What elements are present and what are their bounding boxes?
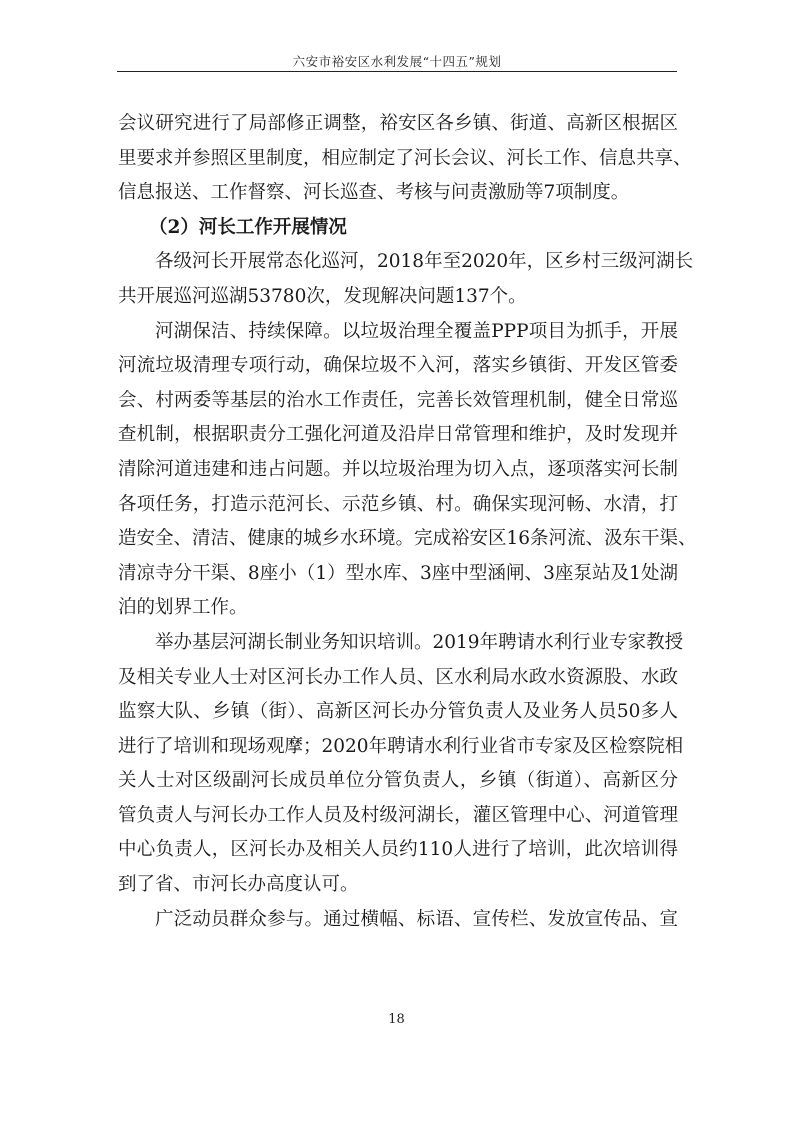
text-line: 及相关专业人士对区河长办工作人员、区水利局水政水资源股、水政 — [118, 661, 678, 696]
text-line: 河湖保洁、持续保障。以垃圾治理全覆盖PPP项目为抓手，开展 — [118, 315, 678, 350]
text-line: 广泛动员群众参与。通过横幅、标语、宣传栏、发放宣传品、宣 — [118, 903, 678, 938]
text-line: 造安全、清洁、健康的城乡水环境。完成裕安区16条河流、汲东干渠、 — [118, 522, 678, 557]
text-line: 各项任务，打造示范河长、示范乡镇、村。确保实现河畅、水清，打 — [118, 488, 678, 523]
text-line: 会、村两委等基层的治水工作责任，完善长效管理机制，健全日常巡 — [118, 384, 678, 419]
text-line: 共开展巡河巡湖53780次，发现解决问题137个。 — [118, 280, 678, 315]
text-line: 会议研究进行了局部修正调整，裕安区各乡镇、街道、高新区根据区 — [118, 107, 678, 142]
document-body: 会议研究进行了局部修正调整，裕安区各乡镇、街道、高新区根据区 里要求并参照区里制… — [118, 107, 678, 937]
paragraph-patrol-stats: 各级河长开展常态化巡河，2018年至2020年，区乡村三级河湖长 共开展巡河巡湖… — [118, 245, 678, 314]
page-number: 18 — [0, 1012, 793, 1027]
text-line: 监察大队、乡镇（街）、高新区河长办分管负责人及业务人员50多人 — [118, 695, 678, 730]
text-line: 管负责人与河长办工作人员及村级河湖长，灌区管理中心、河道管理 — [118, 799, 678, 834]
running-header: 六安市裕安区水利发展“十四五”规划 — [117, 52, 677, 70]
text-line: 进行了培训和现场观摩；2020年聘请水利行业省市专家及区检察院相 — [118, 730, 678, 765]
paragraph-training: 举办基层河湖长制业务知识培训。2019年聘请水利行业专家教授 及相关专业人士对区… — [118, 626, 678, 903]
paragraph-council-revision: 会议研究进行了局部修正调整，裕安区各乡镇、街道、高新区根据区 里要求并参照区里制… — [118, 107, 678, 211]
paragraph-public-engagement: 广泛动员群众参与。通过横幅、标语、宣传栏、发放宣传品、宣 — [118, 903, 678, 938]
text-line: 泊的划界工作。 — [118, 591, 678, 626]
paragraph-river-cleaning: 河湖保洁、持续保障。以垃圾治理全覆盖PPP项目为抓手，开展 河流垃圾清理专项行动… — [118, 315, 678, 626]
text-line: 举办基层河湖长制业务知识培训。2019年聘请水利行业专家教授 — [118, 626, 678, 661]
header-divider — [117, 71, 677, 72]
section-heading: （2）河长工作开展情况 — [118, 211, 678, 246]
text-line: 信息报送、工作督察、河长巡查、考核与问责激励等7项制度。 — [118, 176, 678, 211]
text-line: 到了省、市河长办高度认可。 — [118, 868, 678, 903]
text-line: 中心负责人，区河长办及相关人员约110人进行了培训，此次培训得 — [118, 833, 678, 868]
text-line: 关人士对区级副河长成员单位分管负责人，乡镇（街道）、高新区分 — [118, 764, 678, 799]
text-line: 查机制，根据职责分工强化河道及沿岸日常管理和维护，及时发现并 — [118, 418, 678, 453]
text-line: 各级河长开展常态化巡河，2018年至2020年，区乡村三级河湖长 — [118, 245, 678, 280]
text-line: 清除河道违建和违占问题。并以垃圾治理为切入点，逐项落实河长制 — [118, 453, 678, 488]
text-line: 里要求并参照区里制度，相应制定了河长会议、河长工作、信息共享、 — [118, 142, 678, 177]
text-line: 清凉寺分干渠、8座小（1）型水库、3座中型涵闸、3座泵站及1处湖 — [118, 557, 678, 592]
text-line: 河流垃圾清理专项行动，确保垃圾不入河，落实乡镇街、开发区管委 — [118, 349, 678, 384]
